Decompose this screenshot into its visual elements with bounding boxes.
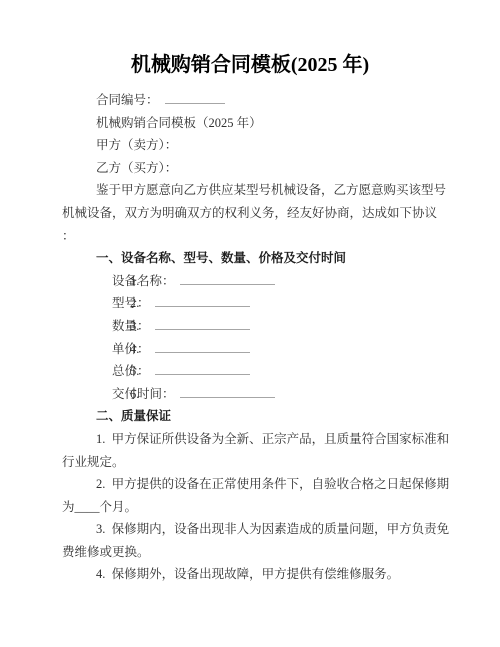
clause-1-line-2: 行业规定。 bbox=[62, 451, 438, 474]
form-item-device-name: 1.设备名称： bbox=[62, 270, 438, 293]
quantity-blank bbox=[155, 317, 250, 330]
party-a-line: 甲方（卖方）： bbox=[62, 134, 438, 157]
section-2-heading: 二、质量保证 bbox=[62, 405, 438, 428]
contract-number-label: 合同编号： bbox=[96, 93, 159, 107]
total-price-blank bbox=[155, 362, 250, 375]
item-number: 6. bbox=[96, 383, 112, 406]
item-number: 2. bbox=[96, 292, 112, 315]
contract-document: 机械购销合同模板(2025 年) 合同编号： 机械购销合同模板（2025 年） … bbox=[0, 0, 500, 647]
item-number: 5. bbox=[96, 360, 112, 383]
clause-1-line-1: 1. 甲方保证所供设备为全新、正宗产品，且质量符合国家标准和 bbox=[62, 428, 438, 451]
clause-4-line-1: 4. 保修期外，设备出现故障，甲方提供有偿维修服务。 bbox=[62, 563, 438, 586]
delivery-time-blank bbox=[180, 385, 275, 398]
unit-price-blank bbox=[155, 340, 250, 353]
item-number: 1. bbox=[96, 270, 112, 293]
contract-number-blank bbox=[165, 91, 225, 104]
device-name-blank bbox=[180, 272, 275, 285]
preamble-line-1: 鉴于甲方愿意向乙方供应某型号机械设备，乙方愿意购买该型号 bbox=[62, 179, 438, 202]
form-item-unit-price: 4.单价： bbox=[62, 338, 438, 361]
clause-2-line-1: 2. 甲方提供的设备在正常使用条件下，自验收合格之日起保修期 bbox=[62, 473, 438, 496]
document-page: 机械购销合同模板(2025 年) 合同编号： 机械购销合同模板（2025 年） … bbox=[0, 0, 500, 647]
section-1-heading: 一、设备名称、型号、数量、价格及交付时间 bbox=[62, 247, 438, 270]
clause-3-line-1: 3. 保修期内，设备出现非人为因素造成的质量问题，甲方负责免 bbox=[62, 518, 438, 541]
preamble-line-3: ： bbox=[62, 225, 438, 248]
form-item-quantity: 3.数量： bbox=[62, 315, 438, 338]
subtitle-line: 机械购销合同模板（2025 年） bbox=[62, 112, 438, 135]
item-label: 型号： bbox=[112, 296, 150, 310]
item-label: 单价： bbox=[112, 342, 150, 356]
party-b-line: 乙方（买方）： bbox=[62, 157, 438, 180]
item-label: 设备名称： bbox=[112, 274, 175, 288]
model-blank bbox=[155, 294, 250, 307]
form-item-delivery-time: 6.交付时间： bbox=[62, 383, 438, 406]
item-number: 3. bbox=[96, 315, 112, 338]
clause-3-line-2: 费维修或更换。 bbox=[62, 541, 438, 564]
item-label: 总价： bbox=[112, 364, 150, 378]
item-label: 数量： bbox=[112, 319, 150, 333]
form-item-model: 2.型号： bbox=[62, 292, 438, 315]
preamble-line-2: 机械设备，双方为明确双方的权利义务，经友好协商，达成如下协议 bbox=[62, 202, 438, 225]
item-number: 4. bbox=[96, 338, 112, 361]
clause-2-line-2: 为____个月。 bbox=[62, 496, 438, 519]
form-item-total-price: 5.总价： bbox=[62, 360, 438, 383]
item-label: 交付时间： bbox=[112, 387, 175, 401]
contract-number-line: 合同编号： bbox=[62, 89, 438, 112]
document-title: 机械购销合同模板(2025 年) bbox=[62, 50, 438, 80]
